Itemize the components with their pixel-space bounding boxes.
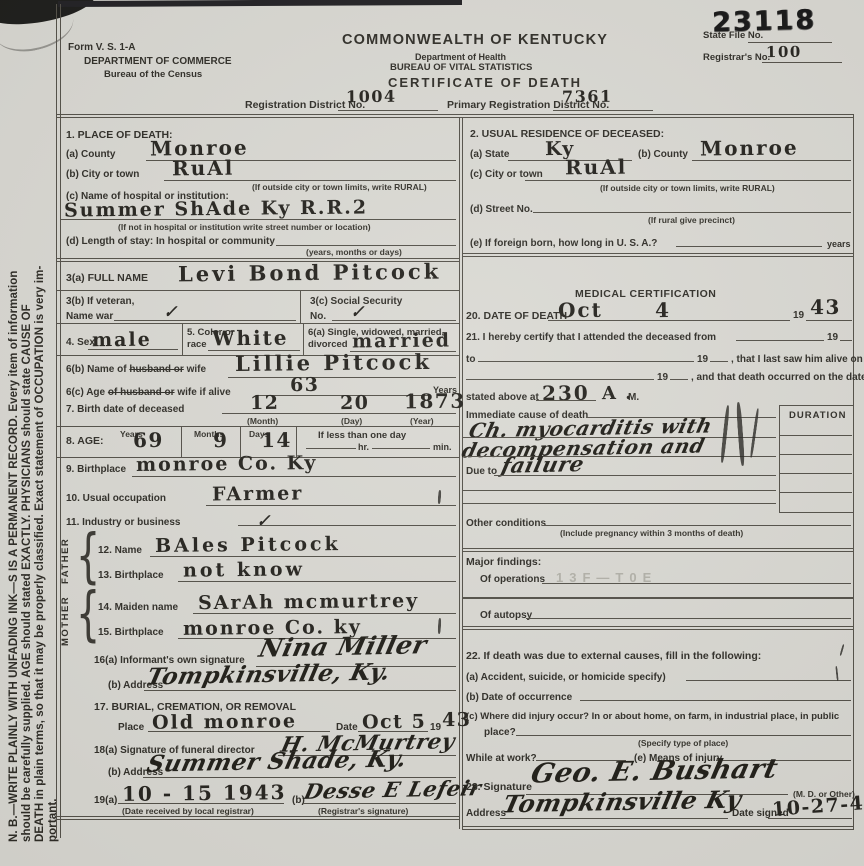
pod-stay-line xyxy=(276,245,456,246)
stray-pen-mark xyxy=(835,666,839,681)
fullname-value: Levi Bond Pitcock xyxy=(178,259,441,287)
age-hr-line xyxy=(306,448,356,449)
left-bottom-rule xyxy=(56,816,459,817)
section2-rule xyxy=(462,253,853,254)
other-conditions-hint: (Include pregnancy within 3 months of de… xyxy=(560,528,743,538)
informant-address: Tompkinsville, Ky. xyxy=(144,658,393,690)
section-rule-inner xyxy=(462,629,853,630)
certify-blank xyxy=(840,340,852,341)
other-conditions-label: Other conditions xyxy=(466,518,546,529)
scan-top-bar xyxy=(58,0,462,7)
margin-note: N. B.—WRITE PLAINLY WITH UNFADING INK—S … xyxy=(8,18,60,842)
section-rule-inner xyxy=(462,551,853,552)
pod-city-value: RuAl xyxy=(172,156,235,181)
certify-19c: 19 xyxy=(657,372,668,383)
birthdate-line xyxy=(222,413,456,414)
m-label: M. xyxy=(628,392,639,403)
accident-line xyxy=(686,680,851,681)
age-box-top xyxy=(56,426,459,427)
received-date-value: 10 - 15 1943 xyxy=(122,780,287,806)
where-place-line xyxy=(516,735,851,736)
industry-checkmark: ✓ xyxy=(255,510,274,532)
res-county-line xyxy=(692,160,851,161)
age-months-value: 9 xyxy=(213,428,229,452)
res-street-label: (d) Street No. xyxy=(470,204,533,215)
registrar-no-line xyxy=(762,62,842,63)
right-bottom-rule-inner xyxy=(462,829,853,830)
margin-note-line: portant. xyxy=(47,18,60,842)
mother-name-line xyxy=(193,613,456,614)
operations-line xyxy=(542,583,851,584)
birth-day-value: 20 xyxy=(340,392,370,414)
where-injury-label: (c) Where did injury occur? In or about … xyxy=(466,711,839,722)
stated-label: stated above at xyxy=(466,392,539,403)
state-file-number: 23118 xyxy=(712,5,817,39)
certify-line1: 21. I hereby certify that I attended the… xyxy=(466,332,716,343)
res-foreign-line xyxy=(676,246,822,247)
stray-pen-mark xyxy=(438,490,442,504)
form-border-left xyxy=(56,4,57,838)
dod-year-pre: 19 xyxy=(793,310,804,321)
occurrence-date-label: (b) Date of occurrence xyxy=(466,692,572,703)
certificate-title: CERTIFICATE OF DEATH xyxy=(388,75,582,90)
spouse-age-label: 6(c) Age of husband or wife if alive xyxy=(66,387,231,398)
occupation-line xyxy=(206,505,456,506)
father-side-label: FATHER xyxy=(60,540,71,584)
birthdate-label: 7. Birth date of deceased xyxy=(66,404,184,415)
date-of-death-year: 43 xyxy=(810,295,841,319)
spouse-age-pre: 6(c) Age xyxy=(66,387,108,398)
stray-pen-mark xyxy=(839,644,844,656)
res-street-line xyxy=(533,212,851,213)
occurrence-date-line xyxy=(580,700,851,701)
margin-note-line: DEATH in plain terms, so that it may be … xyxy=(34,18,47,842)
pod-stay-hint: (years, months or days) xyxy=(306,247,402,257)
certify-blank xyxy=(736,340,824,341)
where-place-label: place? xyxy=(484,727,516,738)
age-min-label: min. xyxy=(433,442,452,452)
veteran-line xyxy=(114,320,296,321)
spouse-label-post: wife xyxy=(184,364,206,375)
primary-district-line xyxy=(553,110,653,111)
res-county-value: Monroe xyxy=(700,135,799,160)
physician-addr-line xyxy=(500,818,728,819)
cell-divider xyxy=(182,323,183,355)
autopsy-label: Of autopsy xyxy=(480,610,532,621)
other-conditions-line xyxy=(542,525,851,526)
certify-19a: 19 xyxy=(827,332,838,343)
dept-commerce: DEPARTMENT OF COMMERCE xyxy=(84,56,232,67)
father-name-line xyxy=(150,556,456,557)
burial-place-label: Place xyxy=(118,722,144,733)
due-to-value: failure xyxy=(499,451,587,478)
age-less-label: If less than one day xyxy=(318,430,406,441)
birthplace-label: 9. Birthplace xyxy=(66,464,126,475)
res-city-label: (c) City or town xyxy=(470,169,543,180)
physician-address: Tompkinsville Ky xyxy=(500,785,744,819)
industry-line xyxy=(238,525,456,526)
veteran-ss-divider xyxy=(300,291,301,323)
cause-rule xyxy=(494,475,776,476)
res-foreign-label: (e) If foreign born, how long in U. S. A… xyxy=(470,238,657,249)
mother-side-label: MOTHER xyxy=(60,598,71,646)
age-hr-label: hr. xyxy=(358,442,369,452)
sex-label: 4. Sex xyxy=(66,337,95,348)
pod-stay-label: (d) Length of stay: In hospital or commu… xyxy=(66,236,275,247)
certify-19b: 19 xyxy=(697,354,708,365)
cause-rule xyxy=(463,490,776,491)
ink-smudge xyxy=(750,408,760,458)
reg-district-line xyxy=(338,110,438,111)
mother-brace: { xyxy=(76,580,100,648)
duration-label: DURATION xyxy=(789,410,846,421)
informant-signature: Nina Miller xyxy=(256,630,430,662)
margin-note-line: N. B.—WRITE PLAINLY WITH UNFADING INK—S … xyxy=(8,18,21,842)
ink-smudge xyxy=(720,405,730,463)
section-rule xyxy=(462,597,853,599)
received-caption: (Date received by local registrar) xyxy=(122,806,254,816)
veteran-label: 3(b) If veteran, xyxy=(66,296,134,307)
due-to-label: Due to xyxy=(466,466,497,477)
stated-line xyxy=(536,400,596,401)
bureau-census: Bureau of the Census xyxy=(104,69,202,80)
duration-rule xyxy=(779,435,852,436)
birth-month-value: 12 xyxy=(250,392,280,414)
duration-box xyxy=(779,405,854,513)
bureau-vital: BUREAU OF VITAL STATISTICS xyxy=(390,62,532,73)
birthplace-value: monroe Co. Ky xyxy=(136,452,318,476)
registrar-signature: Desse E Lefeir xyxy=(302,775,484,804)
res-state-label: (a) State xyxy=(470,149,509,160)
pod-hospital-value: Summer ShAde Ky R.R.2 xyxy=(64,196,368,221)
year-caption: (Year) xyxy=(410,416,434,426)
occupation-label: 10. Usual occupation xyxy=(66,493,166,504)
header-rule-inner xyxy=(56,117,853,118)
veteran-namewar-label: Name war xyxy=(66,311,113,322)
accident-label: (a) Accident, suicide, or homicide speci… xyxy=(466,672,666,683)
spouse-age-value: 63 xyxy=(290,374,320,396)
primary-district-value: 7361 xyxy=(562,87,613,107)
date-signed-line xyxy=(768,818,852,819)
certify-blank xyxy=(478,361,694,362)
res-city-hint: (If outside city or town limits, write R… xyxy=(600,183,775,193)
duration-rule xyxy=(779,473,852,474)
father-birthplace-label: 13. Birthplace xyxy=(98,570,164,581)
pod-city-line xyxy=(164,180,456,181)
sex-line xyxy=(88,349,178,350)
stray-pen-mark xyxy=(438,618,442,634)
dept-health: Department of Health xyxy=(415,52,506,62)
race-label2: race xyxy=(187,339,207,350)
section-rule xyxy=(462,548,853,549)
section2-rule-inner xyxy=(462,256,853,257)
certify-blank xyxy=(466,379,654,380)
death-certificate-scan: N. B.—WRITE PLAINLY WITH UNFADING INK—S … xyxy=(0,0,864,866)
dod-line xyxy=(548,320,790,321)
certify-blank xyxy=(710,361,728,362)
row-rule xyxy=(56,323,459,324)
spouse-line xyxy=(228,377,456,378)
pod-county-label: (a) County xyxy=(66,149,115,160)
marital-label2: divorced xyxy=(308,339,348,350)
age-years-value: 69 xyxy=(133,428,164,452)
certify-line2b: , that I last saw him alive on xyxy=(731,354,863,365)
major-findings-label: Major findings: xyxy=(466,556,541,568)
certify-to: to xyxy=(466,354,475,365)
father-birthplace-line xyxy=(178,581,456,582)
occupation-value: FArmer xyxy=(212,483,304,506)
certify-blank xyxy=(670,379,688,380)
res-street-hint: (If rural give precinct) xyxy=(648,215,735,225)
reg-district-value: 1004 xyxy=(346,87,397,107)
day-caption: (Day) xyxy=(341,416,362,426)
ss-no-label: No. xyxy=(310,311,326,322)
fullname-label: 3(a) FULL NAME xyxy=(66,272,148,284)
month-caption: (Month) xyxy=(247,416,278,426)
res-city-value: RuAl xyxy=(565,155,628,180)
sex-value: male xyxy=(92,329,152,352)
res-county-label: (b) County xyxy=(638,149,688,160)
date-signed-value: 10-27-43 xyxy=(771,791,864,820)
margin-note-line: should be carefully supplied. AGE should… xyxy=(21,18,34,842)
pod-city-hint: (If outside city or town limits, write R… xyxy=(252,182,427,192)
certify-line3: , and that death occurred on the date xyxy=(691,372,864,383)
spouse-value: Lillie Pitcock xyxy=(235,349,432,376)
regsig-caption: (Registrar's signature) xyxy=(318,806,408,816)
header-rule xyxy=(56,114,853,115)
where-place-hint: (Specify type of place) xyxy=(638,738,728,748)
mother-name-label: 14. Maiden name xyxy=(98,602,178,613)
age-label: 8. AGE: xyxy=(66,435,104,447)
received-label: 19(a) xyxy=(94,795,117,806)
spouse-age-post: wife if alive xyxy=(175,387,231,398)
date-of-death-month: Oct xyxy=(558,298,603,322)
age-min-line xyxy=(372,448,430,449)
director-address: Summer Shade, Ky. xyxy=(144,745,409,777)
father-name-value: BAles Pitcock xyxy=(155,533,341,557)
race-value: White xyxy=(212,326,289,351)
at-work-label: While at work? xyxy=(466,753,537,764)
time-of-death-value: 230 xyxy=(542,381,590,405)
pod-hospital-hint: (If not in hospital or institution write… xyxy=(118,222,371,232)
spouse-label: 6(b) Name of husband or wife xyxy=(66,364,206,375)
age-days-value: 14 xyxy=(261,428,292,452)
father-name-label: 12. Name xyxy=(98,545,142,556)
res-city-line xyxy=(525,180,851,181)
pod-city-label: (b) City or town xyxy=(66,169,139,180)
autopsy-line xyxy=(526,618,851,619)
duration-rule xyxy=(779,454,852,455)
mother-name-value: SArAh mcmurtrey xyxy=(198,590,419,614)
spouse-age-struck: of husband or xyxy=(108,387,175,398)
right-bottom-rule xyxy=(462,826,853,827)
informant-addr-line xyxy=(144,690,456,691)
form-border-left-inner xyxy=(60,4,61,838)
row-rule xyxy=(56,290,459,291)
father-birthplace-value: not know xyxy=(183,558,305,581)
birthplace-line xyxy=(132,476,456,477)
commonwealth-title: COMMONWEALTH OF KENTUCKY xyxy=(342,32,608,48)
spouse-label-pre: 6(b) Name of xyxy=(66,364,129,375)
age-box-divider xyxy=(181,426,182,457)
mother-birthplace-label: 15. Birthplace xyxy=(98,627,164,638)
birth-year-value: 1873 xyxy=(404,389,466,414)
registrar-no-label: Registrar's No. xyxy=(703,52,770,63)
operations-label: Of operations xyxy=(480,574,545,585)
external-heading: 22. If death was due to external causes,… xyxy=(466,650,761,662)
dod-year-line xyxy=(806,320,852,321)
res-foreign-suffix: years xyxy=(827,239,851,249)
left-bottom-rule-inner xyxy=(56,819,459,820)
duration-rule xyxy=(779,492,852,493)
date-of-death-day: 4 xyxy=(655,298,671,322)
spouse-label-struck: husband or xyxy=(129,364,183,375)
regsig-line xyxy=(302,803,456,804)
pod-hospital-line xyxy=(60,219,456,220)
registrar-no-value: 100 xyxy=(766,43,802,61)
form-number: Form V. S. 1-A xyxy=(68,42,135,53)
received-line xyxy=(118,803,284,804)
cause-rule xyxy=(463,503,776,504)
section-rule xyxy=(462,626,853,627)
